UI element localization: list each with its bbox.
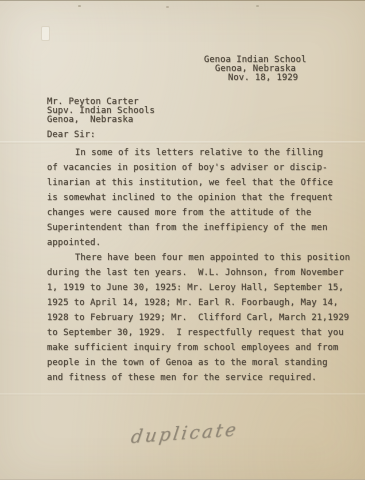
- letterhead-date: Nov. 18, 1929: [204, 74, 307, 83]
- typed-line: make sufficient inquiry from school empl…: [47, 341, 323, 356]
- paper-crease: [0, 141, 365, 144]
- recipient-location: Genoa, Nebraska: [47, 116, 155, 125]
- paper-mark: [41, 26, 50, 41]
- typed-line: changes were caused more from the attitu…: [47, 206, 323, 221]
- typed-line: linarian at this institution, we feel th…: [47, 176, 323, 191]
- letterhead: Genoa Indian School Genoa, Nebraska Nov.…: [204, 56, 307, 84]
- typed-line: people in the town of Genoa as to the mo…: [47, 356, 323, 371]
- typed-line: during the last ten years. W.L. Johnson,…: [47, 266, 323, 281]
- typed-line: appointed.: [47, 236, 323, 251]
- typed-line: and fitness of these men for the service…: [47, 371, 323, 386]
- typed-line: 1925 to April 14, 1928; Mr. Earl R. Foor…: [47, 296, 323, 311]
- typed-line: 1928 to February 1929; Mr. Clifford Carl…: [47, 311, 323, 326]
- letter-page: Genoa Indian School Genoa, Nebraska Nov.…: [0, 0, 365, 480]
- typed-line: of vacancies in position of boy's advise…: [47, 161, 323, 176]
- salutation: Dear Sir:: [47, 130, 96, 140]
- typed-line: There have been four men appointed to th…: [47, 251, 323, 266]
- paragraph-1: In some of its letters relative to the f…: [47, 146, 323, 251]
- typed-line: 1, 1919 to June 30, 1925: Mr. Leroy Hall…: [47, 281, 323, 296]
- scan-speck: [78, 5, 81, 7]
- recipient-block: Mr. Peyton Carter Supv. Indian Schools G…: [47, 98, 155, 125]
- typed-line: In some of its letters relative to the f…: [47, 146, 323, 161]
- paragraph-2: There have been four men appointed to th…: [47, 251, 323, 386]
- handwritten-duplicate-annotation: duplicate: [130, 419, 240, 448]
- typed-line: Superintendent than from the ineffipienc…: [47, 221, 323, 236]
- typed-line: is somewhat inclined to the opinion that…: [47, 191, 323, 206]
- paper-crease: [0, 393, 365, 396]
- typed-line: to September 30, 1929. I respectfully re…: [47, 326, 323, 341]
